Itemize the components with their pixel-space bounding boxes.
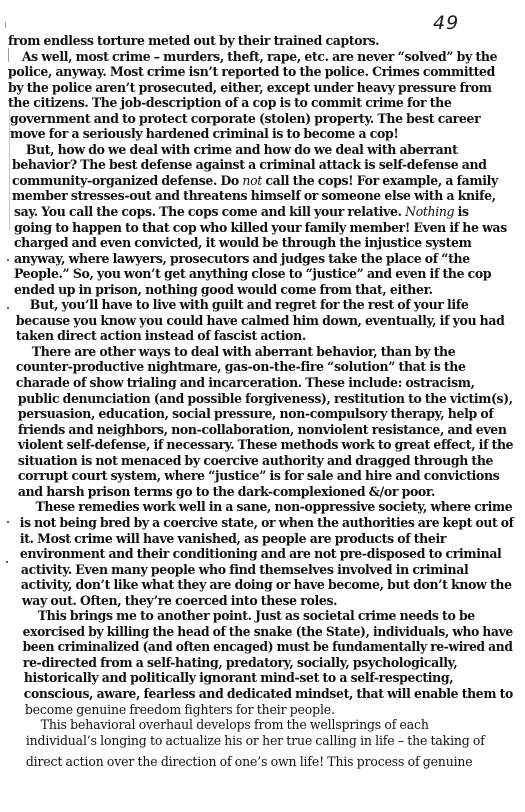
- text-line: charade of show trialing and incarcerati…: [8, 375, 513, 391]
- scanned-document-page: 49 from endless torture meted out by the…: [0, 0, 525, 812]
- text-line: become genuine freedom fighters for thei…: [8, 702, 513, 718]
- text-line: This brings me to another point. Just as…: [8, 608, 513, 624]
- text-line: by the police aren’t prosecuted, either,…: [8, 80, 513, 96]
- text-line: going to happen to that cop who killed y…: [8, 220, 513, 236]
- text-line: But, you’ll have to live with guilt and …: [8, 297, 513, 313]
- text-line: been criminalized (and often encaged) mu…: [8, 639, 503, 655]
- text-line: violent self-defense, if necessary. Thes…: [8, 437, 512, 453]
- emphasis: not: [242, 173, 262, 188]
- text-line: As well, most crime – murders, theft, ra…: [8, 49, 513, 65]
- text-line: community-organized defense. Do not call…: [8, 173, 513, 189]
- text-line: persuasion, education, social pressure, …: [8, 406, 513, 422]
- text-line: exorcised by killing the head of the sna…: [8, 624, 505, 640]
- text-line: the citizens. The job-description of a c…: [8, 95, 513, 111]
- text-line: ended up in prison, nothing good would c…: [8, 282, 513, 298]
- emphasis: Nothing: [405, 204, 454, 219]
- text-line: move for a seriously hardened criminal i…: [8, 126, 513, 142]
- text-line: government and to protect corporate (sto…: [8, 111, 513, 127]
- text-line: and harsh prison terms go to the dark-co…: [8, 484, 513, 500]
- text-line: it. Most crime will have vanished, as pe…: [8, 531, 513, 547]
- text-line: public denunciation (and possible forgiv…: [8, 391, 511, 407]
- text-line: re-directed from a self-hating, predator…: [8, 655, 513, 671]
- text-line: activity, don’t like what they are doing…: [8, 577, 513, 593]
- text-line: charged and even convicted, it would be …: [8, 235, 513, 251]
- text-line: direct action over the direction of one’…: [8, 754, 513, 770]
- text-line: because you know you could have calmed h…: [8, 313, 513, 329]
- text-line: way out. Often, they’re coerced into the…: [8, 593, 513, 609]
- text-line: activity. Even many people who find them…: [8, 562, 513, 578]
- text-line: People.” So, you won’t get anything clos…: [8, 266, 513, 282]
- page-number: 49: [433, 12, 459, 34]
- text-line: situation is not menaced by coercive aut…: [8, 453, 513, 469]
- scan-margin-mark: [5, 22, 6, 28]
- text-line: There are other ways to deal with aberra…: [8, 344, 513, 360]
- body-text: from endless torture meted out by their …: [8, 33, 518, 770]
- text-line: friends and neighbors, non-collaboration…: [8, 422, 513, 438]
- text-line: member stresses-out and threatens himsel…: [8, 188, 513, 204]
- text-line: But, how do we deal with crime and how d…: [8, 142, 513, 158]
- text-line: This behavioral overhaul develops from t…: [8, 717, 513, 733]
- text-line: is not being bred by a coercive state, o…: [8, 515, 507, 531]
- text-line: historically and politically ignorant mi…: [8, 670, 513, 686]
- text-line: environment and their conditioning and a…: [8, 546, 513, 562]
- text-line: corrupt court system, where “justice” is…: [8, 468, 513, 484]
- text-line: conscious, aware, fearless and dedicated…: [8, 686, 511, 702]
- text-line: individual’s longing to actualize his or…: [8, 733, 513, 749]
- text-line: taken direct action instead of fascist a…: [8, 328, 513, 344]
- text-line: police, anyway. Most crime isn’t reporte…: [8, 64, 513, 80]
- text-line: say. You call the cops. The cops come an…: [8, 204, 513, 220]
- text-line: counter-productive nightmare, gas-on-the…: [8, 359, 513, 375]
- text-line: behavior? The best defense against a cri…: [8, 157, 513, 173]
- text-line: These remedies work well in a sane, non-…: [8, 499, 510, 515]
- text-line: anyway, where lawyers, prosecutors and j…: [8, 251, 513, 267]
- text-line: from endless torture meted out by their …: [8, 33, 513, 49]
